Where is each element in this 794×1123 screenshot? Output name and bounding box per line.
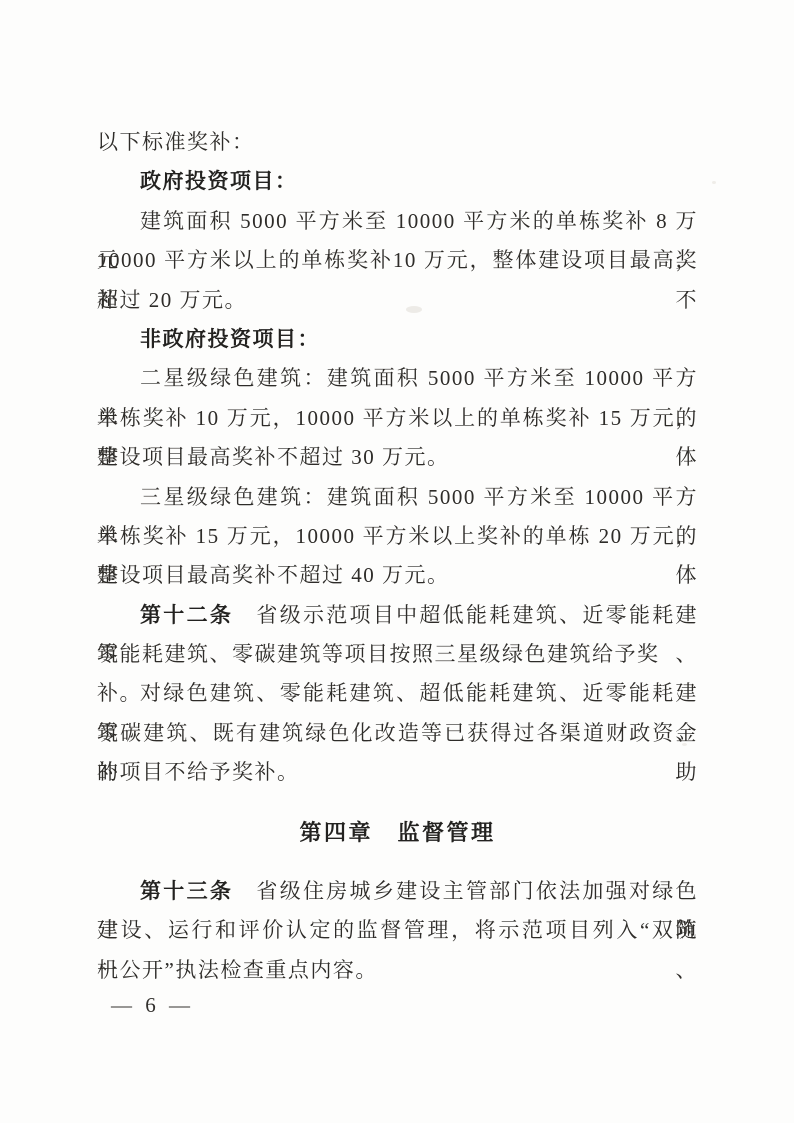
- document-body: 以下标准奖补：政府投资项目：建筑面积 5000 平方米至 10000 平方米的单…: [97, 123, 698, 990]
- body-text: 建设项目最高奖补不超过 30 万元。: [97, 445, 450, 469]
- document-line: 二星级绿色建筑：建筑面积 5000 平方米至 10000 平方米的: [97, 359, 698, 398]
- document-line: 政府投资项目：: [97, 162, 698, 201]
- document-line: 三星级绿色建筑：建筑面积 5000 平方米至 10000 平方米的: [97, 478, 698, 517]
- bold-text: 第十二条: [140, 603, 233, 627]
- bold-text: 第十三条: [140, 879, 233, 903]
- document-line: 单栋奖补 10 万元，10000 平方米以上的单栋奖补 15 万元，整体: [97, 399, 698, 438]
- body-text: 的项目不给予奖补。: [97, 760, 300, 784]
- document-line: 第十三条 省级住房城乡建设主管部门依法加强对绿色建筑: [97, 872, 698, 911]
- scan-artifact: [712, 181, 716, 184]
- document-line: 零碳建筑、既有建筑绿色化改造等已获得过各渠道财政资金补助: [97, 714, 698, 753]
- document-line: 对绿色建筑、零能耗建筑、超低能耗建筑、近零能耗建筑、: [97, 674, 698, 713]
- document-line: 建筑面积 5000 平方米至 10000 平方米的单栋奖补 8 万元，: [97, 202, 698, 241]
- body-text: 一公开”执法检查重点内容。: [97, 958, 378, 982]
- document-line: 第十二条 省级示范项目中超低能耗建筑、近零能耗建筑、: [97, 596, 698, 635]
- document-line: 非政府投资项目：: [97, 320, 698, 359]
- document-line: 10000 平方米以上的单栋奖补10 万元，整体建设项目最高奖补不: [97, 241, 698, 280]
- bold-text: 政府投资项目：: [140, 169, 298, 193]
- document-line: 建设、运行和评价认定的监督管理，将示范项目列入“双随机、: [97, 911, 698, 950]
- chapter-heading: 第四章 监督管理: [97, 813, 698, 852]
- body-text: 以下标准奖补：: [97, 130, 255, 154]
- document-line: 以下标准奖补：: [97, 123, 698, 162]
- document-line: 单栋奖补 15 万元，10000 平方米以上奖补的单栋 20 万元，整体: [97, 517, 698, 556]
- body-text: 建设项目最高奖补不超过 40 万元。: [97, 563, 450, 587]
- body-text: 超过 20 万元。: [97, 288, 247, 312]
- bold-text: 非政府投资项目：: [140, 327, 320, 351]
- scanned-document-page: 以下标准奖补：政府投资项目：建筑面积 5000 平方米至 10000 平方米的单…: [0, 0, 794, 1123]
- page-number: — 6 —: [111, 993, 194, 1018]
- document-line: 零能耗建筑、零碳建筑等项目按照三星级绿色建筑给予奖补。: [97, 635, 698, 674]
